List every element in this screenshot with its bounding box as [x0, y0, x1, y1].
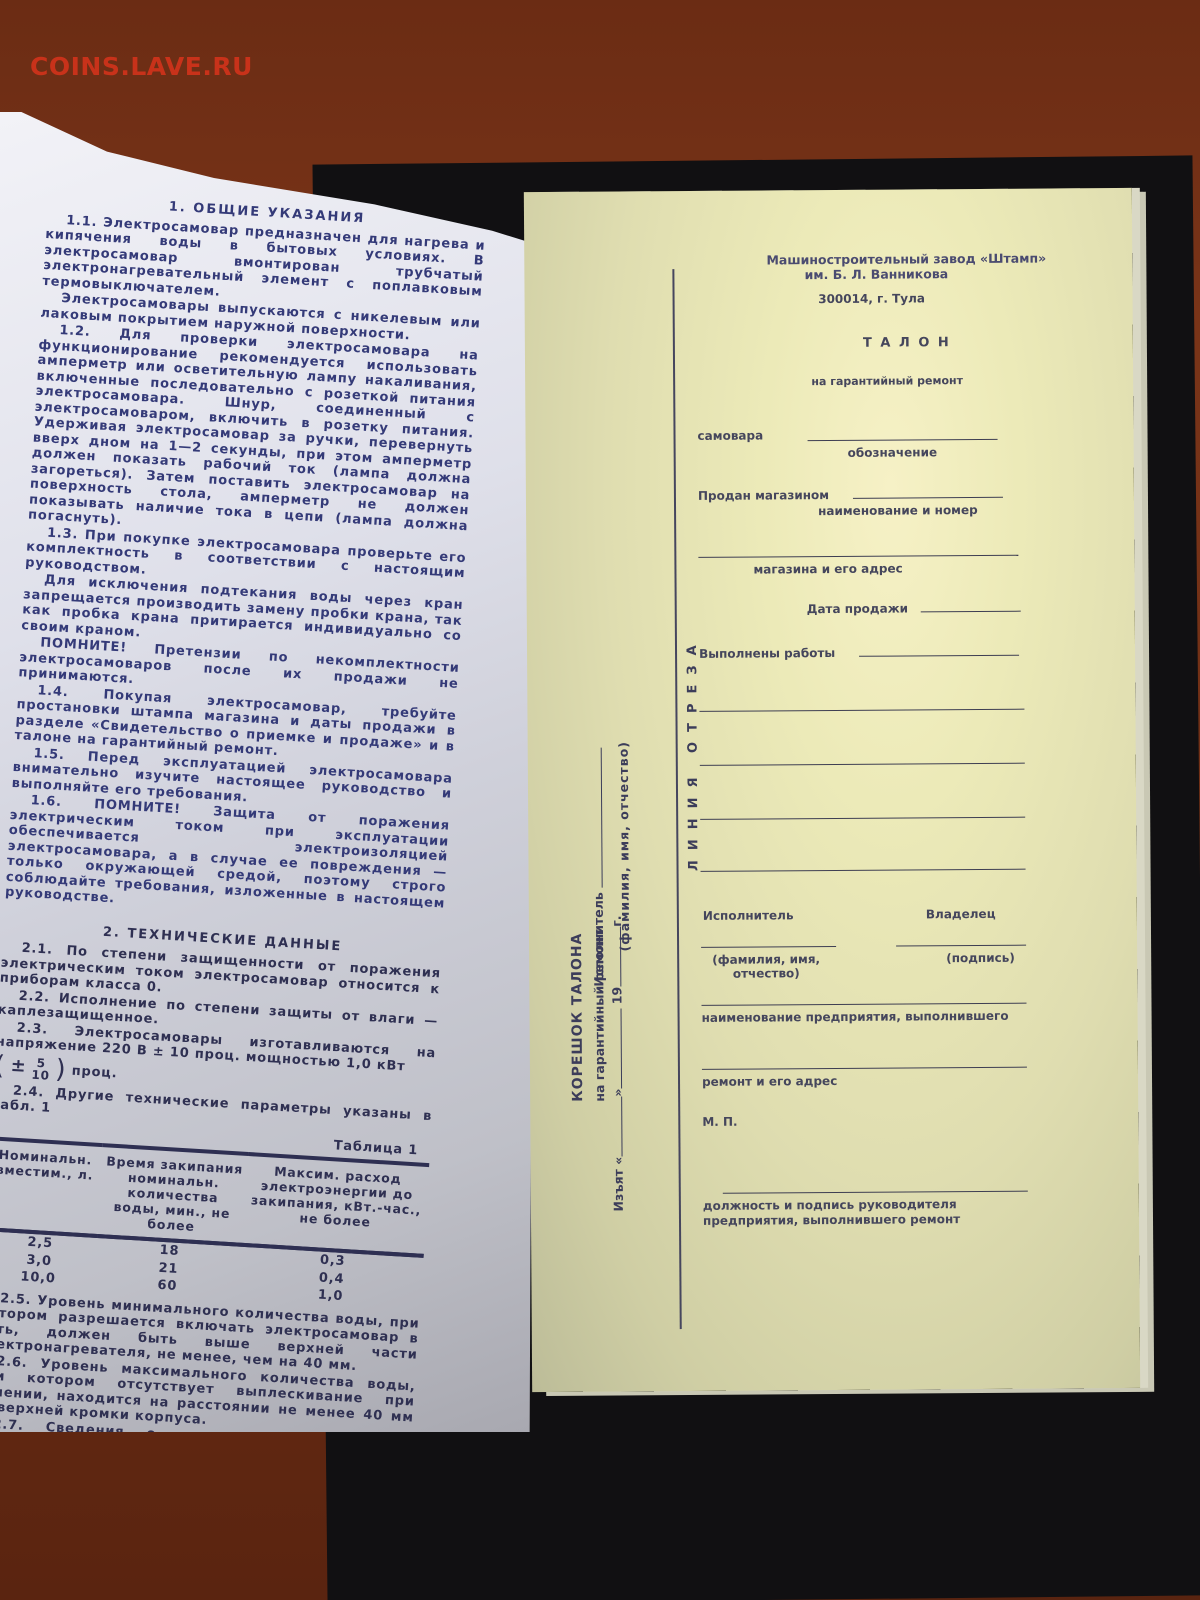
owner-label: Владелец — [926, 907, 996, 921]
stub-executor: Исполнитель — [590, 748, 607, 987]
warranty-coupon: Машиностроительный завод «Штамп» им. Б. … — [696, 250, 1117, 389]
stub-seized: Изъят «» 19г. — [609, 916, 626, 1212]
samovar-field[interactable] — [808, 439, 998, 441]
work-done-line[interactable] — [699, 709, 1024, 712]
executor-fio-hint: (фамилия, имя, отчество) — [701, 952, 831, 981]
watermark: COINS.LAVE.RU — [30, 52, 253, 81]
enterprise-name-field[interactable] — [701, 1003, 1026, 1006]
work-done-field[interactable] — [859, 655, 1019, 657]
stub-executor-line[interactable] — [590, 748, 603, 888]
enterprise-address-hint: ремонт и его адрес — [702, 1074, 837, 1089]
work-done-line[interactable] — [700, 763, 1025, 766]
designation-hint: обозначение — [848, 445, 938, 460]
executor-field[interactable] — [701, 946, 836, 948]
table-header: Время закипания номинальн. количества во… — [97, 1145, 248, 1245]
tolerance-fraction: 5 10 — [31, 1056, 51, 1081]
table-header: Максим. расход электроэнергии до закипан… — [243, 1154, 429, 1256]
stamp-place: М. П. — [702, 1115, 737, 1129]
coupon-title: Т А Л О Н — [697, 334, 1117, 352]
left-page-instructions: 1. ОБЩИЕ УКАЗАНИЯ 1.1. Электросамовар пр… — [0, 112, 535, 1432]
work-done-label: Выполнены работы — [699, 646, 835, 661]
manager-signature-field[interactable] — [723, 1191, 1028, 1194]
cut-line-label: ЛИНИЯ ОТРЕЗА — [685, 635, 702, 871]
specs-table: Номинальн. вместим., л. Время закипания … — [0, 1136, 429, 1310]
store-address-field[interactable] — [698, 555, 1018, 558]
table-header: Номинальн. вместим., л. — [0, 1138, 103, 1236]
sale-date-label: Дата продажи — [807, 601, 908, 616]
signature-hint: (подпись) — [946, 951, 1015, 965]
samovar-label: самовара — [697, 428, 763, 442]
manager-hint: должность и подпись руководителя — [703, 1197, 957, 1213]
store-name-hint: наименование и номер — [818, 503, 978, 518]
stub-day-line[interactable] — [610, 1097, 622, 1157]
store-address-hint: магазина и его адрес — [753, 562, 902, 577]
factory-address: 300014, г. Тула — [697, 290, 1047, 306]
owner-signature-field[interactable] — [896, 945, 1026, 947]
instructions-text: 1. ОБЩИЕ УКАЗАНИЯ 1.1. Электросамовар пр… — [0, 190, 487, 1432]
paragraph: 1.2. Для проверки электросамовара на фун… — [28, 322, 479, 550]
coupon-subtitle: на гарантийный ремонт — [697, 373, 1077, 389]
right-page-warranty-coupon: КОРЕШОК ТАЛОНА на гарантийный ремонт Исп… — [524, 188, 1140, 1392]
stub-year-line[interactable] — [609, 927, 621, 987]
sold-by-label: Продан магазином — [698, 488, 829, 503]
sold-by-field[interactable] — [853, 497, 1003, 499]
work-done-line[interactable] — [701, 869, 1026, 872]
sale-date-field[interactable] — [921, 611, 1021, 613]
stub-month-line[interactable] — [610, 1009, 623, 1089]
executor-label: Исполнитель — [703, 908, 794, 923]
stub-title: КОРЕШОК ТАЛОНА — [569, 933, 586, 1102]
enterprise-address-field[interactable] — [702, 1067, 1027, 1070]
work-done-line[interactable] — [700, 817, 1025, 820]
factory-name: им. Б. Л. Ванникова — [696, 265, 1056, 283]
enterprise-name-hint: наименование предприятия, выполнившего — [702, 1009, 1009, 1025]
manager-hint-2: предприятия, выполнившего ремонт — [703, 1212, 960, 1228]
